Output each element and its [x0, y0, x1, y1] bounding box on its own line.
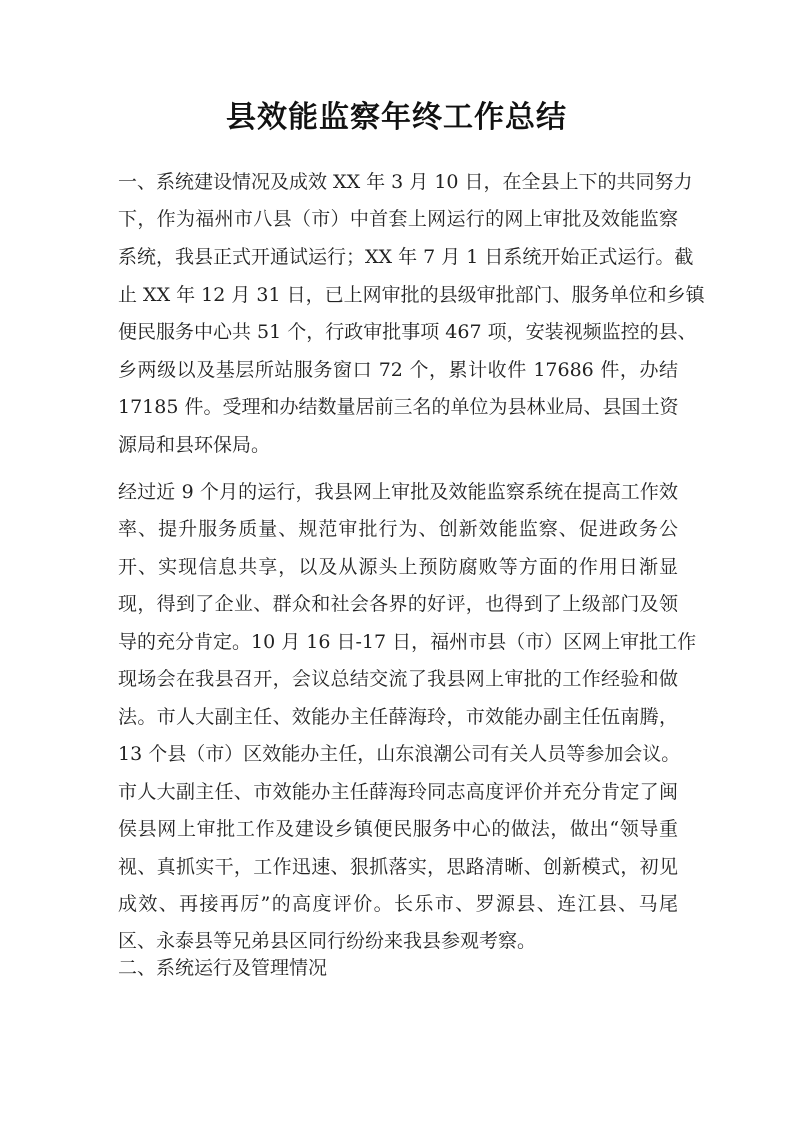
text-line: 17185 件。受理和办结数量居前三名的单位为县林业局、县国土资: [118, 393, 678, 421]
text-line: 便民服务中心共 51 个，行政审批事项 467 项，安装视频监控的县、: [118, 318, 678, 346]
text-line: 视、真抓实干，工作迅速、狠抓落实，思路清晰、创新模式，初见: [118, 853, 678, 881]
text-line: 区、永泰县等兄弟县区同行纷纷来我县参观考察。: [118, 927, 678, 955]
text-line: 现，得到了企业、群众和社会各界的好评，也得到了上级部门及领: [118, 590, 678, 618]
text-line: 导的充分肯定。10 月 16 日-17 日，福州市县（市）区网上审批工作: [118, 628, 678, 656]
text-line: 开、实现信息共享，以及从源头上预防腐败等方面的作用日渐显: [118, 553, 678, 581]
text-line: 成效、再接再厉”的高度评价。长乐市、罗源县、连江县、马尾: [118, 890, 678, 918]
text-line: 下，作为福州市八县（市）中首套上网运行的网上审批及效能监察: [118, 205, 678, 233]
text-line: 经过近 9 个月的运行，我县网上审批及效能监察系统在提高工作效: [118, 478, 678, 506]
text-line: 一、系统建设情况及成效 XX 年 3 月 10 日，在全县上下的共同努力: [118, 168, 678, 196]
text-line: 系统，我县正式开通试运行；XX 年 7 月 1 日系统开始正式运行。截: [118, 243, 678, 271]
text-line: 率、提升服务质量、规范审批行为、创新效能监察、促进政务公: [118, 515, 678, 543]
text-line: 源局和县环保局。: [118, 431, 678, 459]
text-line: 13 个县（市）区效能办主任，山东浪潮公司有关人员等参加会议。: [118, 740, 678, 768]
document-page: 县效能监察年终工作总结 一、系统建设情况及成效 XX 年 3 月 10 日，在全…: [0, 0, 793, 1122]
text-line: 市人大副主任、市效能办主任薛海玲同志高度评价并充分肯定了闽: [118, 778, 678, 806]
text-line: 乡两级以及基层所站服务窗口 72 个，累计收件 17686 件，办结: [118, 356, 678, 384]
text-line: 侯县网上审批工作及建设乡镇便民服务中心的做法，做出“领导重: [118, 815, 678, 843]
text-line: 法。市人大副主任、效能办主任薛海玲，市效能办副主任伍南腾，: [118, 703, 678, 731]
text-line: 止 XX 年 12 月 31 日，已上网审批的县级审批部门、服务单位和乡镇: [118, 281, 678, 309]
text-line: 现场会在我县召开，会议总结交流了我县网上审批的工作经验和做: [118, 665, 678, 693]
text-line: 二、系统运行及管理情况: [118, 954, 678, 982]
document-title: 县效能监察年终工作总结: [0, 98, 793, 138]
